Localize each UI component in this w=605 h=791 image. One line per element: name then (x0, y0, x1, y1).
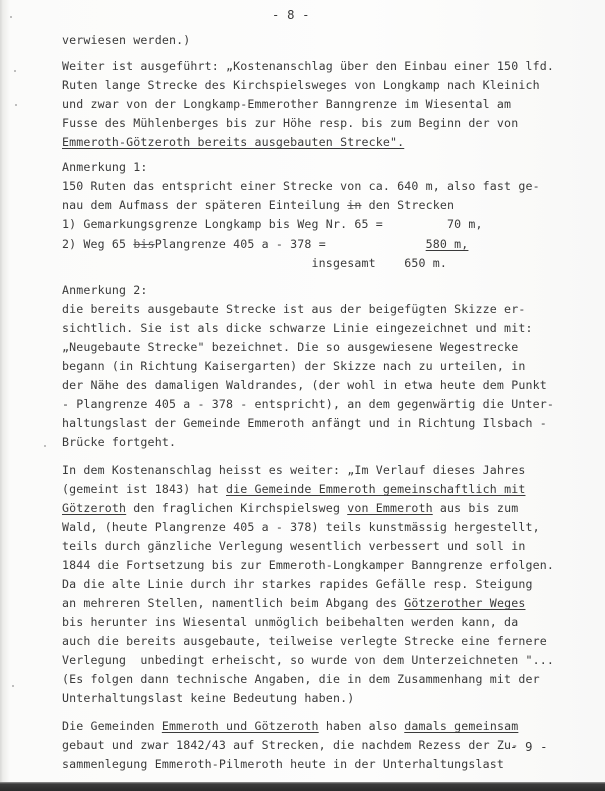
underlined-text: Emmeroth-Götzeroth bereits ausgebauten S… (62, 135, 404, 149)
text-run: Wald, (heute Plangrenze 405 a - 378) tei… (62, 520, 540, 534)
text-run: begann (in Richtung Kaisergarten) der Sk… (62, 359, 525, 373)
text-run: Anmerkung 2: (62, 283, 148, 297)
text-line: und zwar von der Longkamp-Emmerother Ban… (62, 97, 511, 111)
text-run: und zwar von der Longkamp-Emmerother Ban… (62, 97, 511, 111)
text-run: Fusse des Mühlenberges bis zur Höhe resp… (62, 116, 518, 130)
text-run: (gemeint ist 1843) hat (62, 482, 226, 496)
text-line: Götzeroth den fraglichen Kirchspielsweg … (62, 501, 518, 515)
underlined-text: die Gemeinde Emmeroth gemeinschaftlich m… (226, 482, 525, 496)
typewritten-page: - 8 - verwiesen werden.)Weiter ist ausge… (0, 0, 605, 782)
underlined-text: Götzeroth (62, 501, 126, 515)
underlined-text: 580 m, (426, 237, 469, 251)
text-run: auch die bereits ausgebaute, teilweise v… (62, 634, 547, 648)
text-line: begann (in Richtung Kaisergarten) der Sk… (62, 359, 525, 373)
struck-text: bis (133, 237, 154, 251)
text-line: (gemeint ist 1843) hat die Gemeinde Emme… (62, 482, 525, 496)
text-line: Die Gemeinden Emmeroth und Götzeroth hab… (62, 719, 518, 733)
struck-text: in (347, 198, 361, 212)
text-line: 1844 die Fortsetzung bis zur Emmeroth-Lo… (62, 558, 554, 572)
text-run: haltungslast der Gemeinde Emmeroth anfän… (62, 416, 547, 430)
margin-mark (44, 445, 46, 447)
text-run: an mehreren Stellen, namentlich beim Abg… (62, 596, 404, 610)
text-line: nau dem Aufmass der späteren Einteilung … (62, 198, 454, 212)
text-line: sichtlich. Sie ist als dicke schwarze Li… (62, 321, 533, 335)
text-run: der Nähe des damaligen Waldrandes, (der … (62, 378, 547, 392)
text-run: den fraglichen Kirchspielsweg (126, 501, 347, 515)
text-line: Unterhaltungslast keine Bedeutung haben.… (62, 691, 354, 705)
text-run: gebaut und zwar 1842/43 auf Strecken, di… (62, 738, 518, 752)
text-line: insgesamt 650 m. (62, 256, 447, 270)
margin-mark (14, 70, 16, 72)
text-run: bis herunter ins Wiesental unmöglich bei… (62, 615, 518, 629)
text-line: Emmeroth-Götzeroth bereits ausgebauten S… (62, 135, 404, 149)
text-line: Da die alte Linie durch ihr starkes rapi… (62, 577, 533, 591)
text-line: 150 Ruten das entspricht einer Strecke v… (62, 179, 540, 193)
text-run: (Es folgen dann technische Angaben, die … (62, 672, 540, 686)
text-run: aus bis zum (433, 501, 519, 515)
margin-mark (12, 685, 14, 687)
margin-mark (10, 16, 12, 18)
text-line: „Neugebaute Strecke" bezeichnet. Die so … (62, 340, 518, 354)
text-line: - Plangrenze 405 a - 378 - entspricht), … (62, 397, 554, 411)
text-line: (Es folgen dann technische Angaben, die … (62, 672, 540, 686)
text-run: den Strecken (361, 198, 454, 212)
text-line: die bereits ausgebaute Strecke ist aus d… (62, 302, 525, 316)
text-line: sammenlegung Emmeroth-Pilmeroth heute in… (62, 757, 504, 771)
text-run: - Plangrenze 405 a - 378 - entspricht), … (62, 397, 554, 411)
page-number-top: - 8 - (272, 8, 310, 22)
text-run: 150 Ruten das entspricht einer Strecke v… (62, 179, 540, 193)
text-run: Die Gemeinden (62, 719, 162, 733)
text-run: Verlegung unbedingt erheischt, so wurde … (62, 653, 554, 667)
text-line: an mehreren Stellen, namentlich beim Abg… (62, 596, 525, 610)
text-run: Ruten lange Strecke des Kirchspielsweges… (62, 78, 540, 92)
text-run: „Neugebaute Strecke" bezeichnet. Die so … (62, 340, 518, 354)
text-line: der Nähe des damaligen Waldrandes, (der … (62, 378, 547, 392)
text-run: Weiter ist ausgeführt: „Kostenanschlag ü… (62, 59, 554, 73)
text-run: insgesamt 650 m. (62, 256, 447, 270)
text-run: 1) Gemarkungsgrenze Longkamp bis Weg Nr.… (62, 217, 483, 231)
text-run: Plangrenze 405 a - 378 = (155, 237, 426, 251)
text-line: gebaut und zwar 1842/43 auf Strecken, di… (62, 738, 518, 752)
text-line: Anmerkung 1: (62, 160, 148, 174)
text-line: Weiter ist ausgeführt: „Kostenanschlag ü… (62, 59, 554, 73)
text-line: Anmerkung 2: (62, 283, 148, 297)
text-run: Anmerkung 1: (62, 160, 148, 174)
page-number-bottom: - 9 - (510, 740, 548, 754)
text-run: 2) Weg 65 (62, 237, 133, 251)
text-line: auch die bereits ausgebaute, teilweise v… (62, 634, 547, 648)
underlined-text: damals gemeinsam (404, 719, 518, 733)
text-line: teils durch gänzliche Verlegung wesentli… (62, 539, 525, 553)
text-line: Ruten lange Strecke des Kirchspielsweges… (62, 78, 540, 92)
text-run: 1844 die Fortsetzung bis zur Emmeroth-Lo… (62, 558, 554, 572)
text-run: Brücke fortgeht. (62, 435, 176, 449)
text-run: Da die alte Linie durch ihr starkes rapi… (62, 577, 533, 591)
text-line: Wald, (heute Plangrenze 405 a - 378) tei… (62, 520, 540, 534)
text-line: Verlegung unbedingt erheischt, so wurde … (62, 653, 554, 667)
text-line: bis herunter ins Wiesental unmöglich bei… (62, 615, 518, 629)
scan-bottom-edge (0, 782, 605, 791)
text-run: die bereits ausgebaute Strecke ist aus d… (62, 302, 525, 316)
underlined-text: Emmeroth und Götzeroth (162, 719, 319, 733)
text-run: Unterhaltungslast keine Bedeutung haben.… (62, 691, 354, 705)
text-run: sammenlegung Emmeroth-Pilmeroth heute in… (62, 757, 504, 771)
text-run: nau dem Aufmass der späteren Einteilung (62, 198, 347, 212)
text-run: sichtlich. Sie ist als dicke schwarze Li… (62, 321, 533, 335)
underlined-text: Götzerother Weges (404, 596, 525, 610)
text-line: haltungslast der Gemeinde Emmeroth anfän… (62, 416, 547, 430)
underlined-text: von Emmeroth (347, 501, 433, 515)
text-run: teils durch gänzliche Verlegung wesentli… (62, 539, 525, 553)
margin-mark (15, 104, 17, 106)
text-line: In dem Kostenanschlag heisst es weiter: … (62, 463, 525, 477)
text-line: Fusse des Mühlenberges bis zur Höhe resp… (62, 116, 518, 130)
text-line: 2) Weg 65 bisPlangrenze 405 a - 378 = 58… (62, 237, 468, 251)
text-line: verwiesen werden.) (62, 33, 190, 47)
text-run: haben also (319, 719, 405, 733)
text-line: 1) Gemarkungsgrenze Longkamp bis Weg Nr.… (62, 217, 483, 231)
text-run: In dem Kostenanschlag heisst es weiter: … (62, 463, 525, 477)
text-line: Brücke fortgeht. (62, 435, 176, 449)
text-run: verwiesen werden.) (62, 33, 190, 47)
